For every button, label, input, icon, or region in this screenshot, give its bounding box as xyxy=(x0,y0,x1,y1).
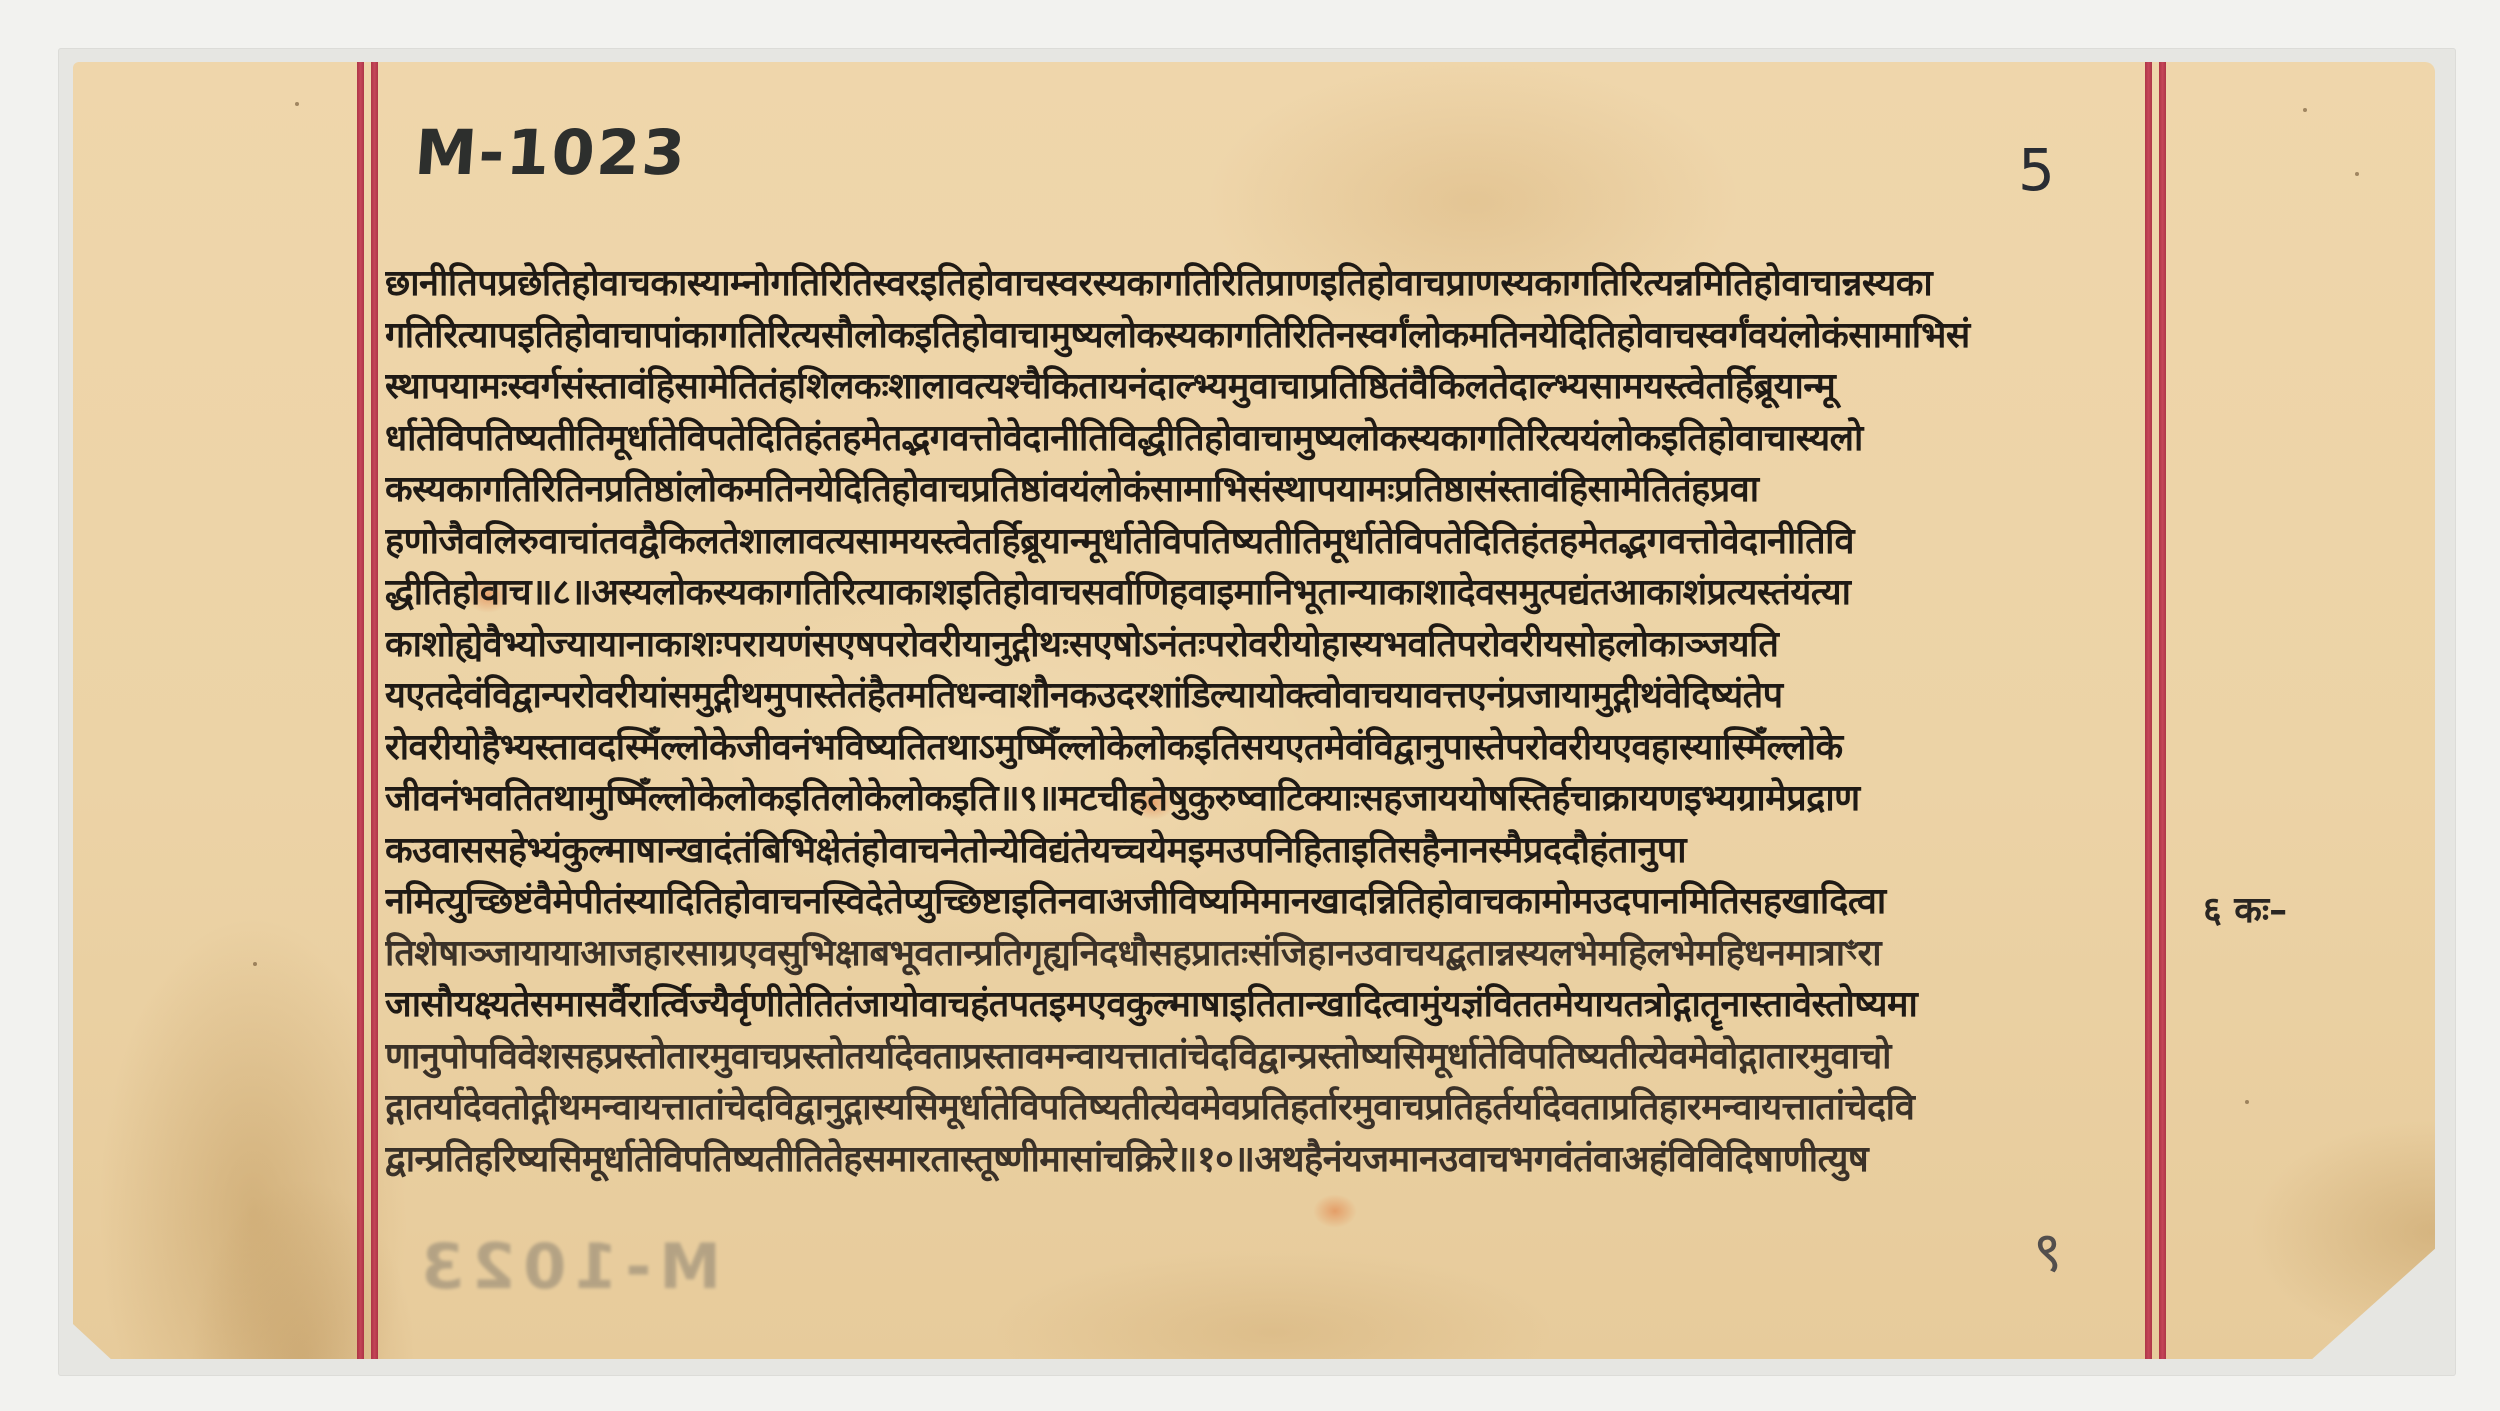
text-line: णानुपोपविवेशसहप्रस्तोतारमुवाचप्रस्तोतर्य… xyxy=(385,1031,2155,1083)
ghost-accession-showthrough: M-1023 xyxy=(413,1230,721,1303)
left-margin-rule-inner xyxy=(371,62,378,1359)
paper-speck xyxy=(2355,172,2359,176)
accession-number: M-1023 xyxy=(412,116,689,189)
paper-speck xyxy=(2245,1100,2249,1104)
paper-speck xyxy=(295,102,299,106)
text-line: जीवनंभवतितथामुष्मिँल्लोकेलोकइतिलोकेलोकइत… xyxy=(385,773,2155,825)
verse-marker-highlight xyxy=(1313,1194,1357,1228)
paper-speck xyxy=(253,962,257,966)
text-line: रोवरीयोहैभ्यस्तावदस्मिँल्लोकेजीवनंभविष्य… xyxy=(385,722,2155,774)
text-line: द्गातर्यादेवतोद्गीथमन्वायत्तातांचेदविद्व… xyxy=(385,1082,2155,1134)
text-line: काशोह्येवैभ्योज्यायानाकाशःपरायणंसएषपरोवर… xyxy=(385,619,2155,671)
text-line: गतिरित्यापइतिहोवाचापांकागतिरित्यसौलोकइति… xyxy=(385,310,2155,362)
manuscript-folio: M-1023 5 छानीतिपप्रछेतिहोवाचकास्याम्नोगत… xyxy=(73,62,2435,1359)
page-number: 5 xyxy=(2018,136,2055,204)
text-line: द्वान्प्रतिहरिष्यसिमूर्धातेविपतिष्यतीतित… xyxy=(385,1134,2155,1186)
manuscript-text-block: छानीतिपप्रछेतिहोवाचकास्याम्नोगतिरितिस्वर… xyxy=(385,258,2155,1185)
margin-annotation: ६ कः– xyxy=(2203,884,2287,933)
left-margin-rule-outer xyxy=(357,62,364,1359)
text-line: हणोजैवलिरुवाचांतवद्वैकिलतेशालावत्यसामयस्… xyxy=(385,516,2155,568)
text-line: कउवाससहेभ्यंकुल्माषान्खादंतंबिभिक्षेतंहो… xyxy=(385,825,2155,877)
text-line: र्धातेविपतिष्यतीतिमूर्धातेविपतेदितिहंतहम… xyxy=(385,413,2155,465)
right-margin-rule-outer xyxy=(2159,62,2166,1359)
text-line: द्धीतिहोवाच॥८॥अस्यलोकस्यकागतिरित्याकाशइत… xyxy=(385,567,2155,619)
text-line: कस्यकागतिरितिनप्रतिष्ठांलोकमतिनयेदितिहोव… xyxy=(385,464,2155,516)
folio-number: ९ xyxy=(2033,1212,2062,1288)
text-line: स्थापयामःस्वर्गसंस्तावंहिसामेतितंहशिलकःश… xyxy=(385,361,2155,413)
text-line: जासौयक्ष्यतेसमासर्वैरार्त्विज्यैर्वृणीते… xyxy=(385,979,2155,1031)
text-line: तिशेषाञ्जायायाआजहारसाग्रएवसुभिक्षाबभूवता… xyxy=(385,928,2155,980)
paper-speck xyxy=(2303,108,2307,112)
text-line: यएतदेवंविद्वान्परोवरीयांसमुद्गीथमुपास्ते… xyxy=(385,670,2155,722)
text-line: छानीतिपप्रछेतिहोवाचकास्याम्नोगतिरितिस्वर… xyxy=(385,258,2155,310)
text-line: नमित्युच्छिष्टंवैमेपीतंस्यादितिहोवाचनस्व… xyxy=(385,876,2155,928)
